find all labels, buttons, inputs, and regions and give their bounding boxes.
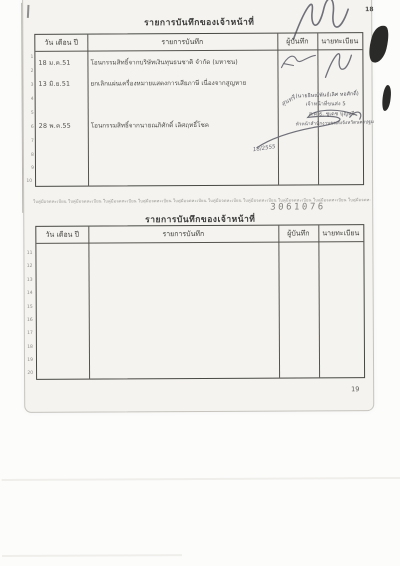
- line-number: 12: [24, 264, 32, 269]
- signature-scribble-registrar-row1: [317, 47, 357, 81]
- row-record: ยกเลิกแผ่นเครื่องหมายแสดงการเสียภาษี เนื…: [91, 78, 276, 89]
- line-number: 16: [25, 318, 33, 323]
- scanned-page: 18 รายการบันทึกของเจ้าหน้าที่ วัน เดือน …: [0, 0, 400, 566]
- line-number: 9: [26, 166, 34, 171]
- col-header-record: รายการบันทึก: [88, 229, 278, 241]
- row-record: โอนกรรมสิทธิ์จากบริษัทเงินทุนธนชาติ จำกั…: [90, 57, 275, 68]
- printed-page-number-bottom: 19: [351, 385, 359, 393]
- row-date: 18 ม.ค.51: [38, 58, 86, 68]
- row-record: โอนกรรมสิทธิ์จากนายณภิศักดิ์ เลิศฤทธิ์โช…: [91, 120, 276, 131]
- header-divider: [36, 241, 363, 244]
- col-header-record: รายการบันทึก: [87, 37, 277, 49]
- signature-scribble-row1: [279, 51, 321, 71]
- line-number: 6: [26, 125, 34, 130]
- records-table-2: วัน เดือน ปี รายการบันทึก ผู้บันทึก นายท…: [35, 224, 365, 380]
- scan-artifact-band: [2, 554, 182, 557]
- line-number: 15: [25, 305, 33, 310]
- scanned-document-canvas: { "page": { "top_page_number": "18", "bo…: [0, 0, 400, 566]
- line-number: 11: [24, 251, 32, 256]
- scan-artifact-band: [2, 477, 400, 481]
- line-number: 19: [25, 358, 33, 363]
- line-number: 20: [25, 371, 33, 376]
- line-number: 13: [25, 278, 33, 283]
- row-date: 13 มิ.ย.51: [39, 79, 87, 89]
- line-number: 1: [25, 55, 33, 60]
- column-divider: [278, 226, 280, 378]
- row-date: 28 พ.ค.55: [39, 121, 87, 131]
- stamp-registrar-name: ส.ต.ธ. ชูเดช บุญหรี: [309, 110, 355, 118]
- column-divider: [88, 227, 90, 379]
- col-header-recorder: ผู้บันทึก: [278, 228, 318, 239]
- section-title-1: รายการบันทึกของเจ้าหน้าที่: [29, 14, 369, 30]
- line-number: 17: [25, 331, 33, 336]
- line-number: 4: [26, 97, 34, 102]
- line-number: 2: [25, 69, 33, 74]
- line-number: 7: [26, 139, 34, 144]
- col-header-date: วัน เดือน ปี: [35, 38, 87, 49]
- col-header-registrar: นายทะเบียน: [318, 228, 363, 239]
- line-number: 8: [26, 153, 34, 158]
- col-header-date: วัน เดือน ปี: [36, 230, 88, 241]
- line-number: 10: [24, 179, 32, 184]
- line-number: 14: [25, 291, 33, 296]
- binding-clip-shadow-small: [381, 85, 392, 112]
- line-number: 3: [26, 83, 34, 88]
- col-header-recorder: ผู้บันทึก: [277, 36, 317, 47]
- column-divider: [87, 35, 89, 186]
- column-divider: [318, 225, 320, 377]
- line-number: 18: [25, 345, 33, 350]
- line-number: 5: [26, 111, 34, 116]
- col-header-registrar: นายทะเบียน: [317, 36, 362, 47]
